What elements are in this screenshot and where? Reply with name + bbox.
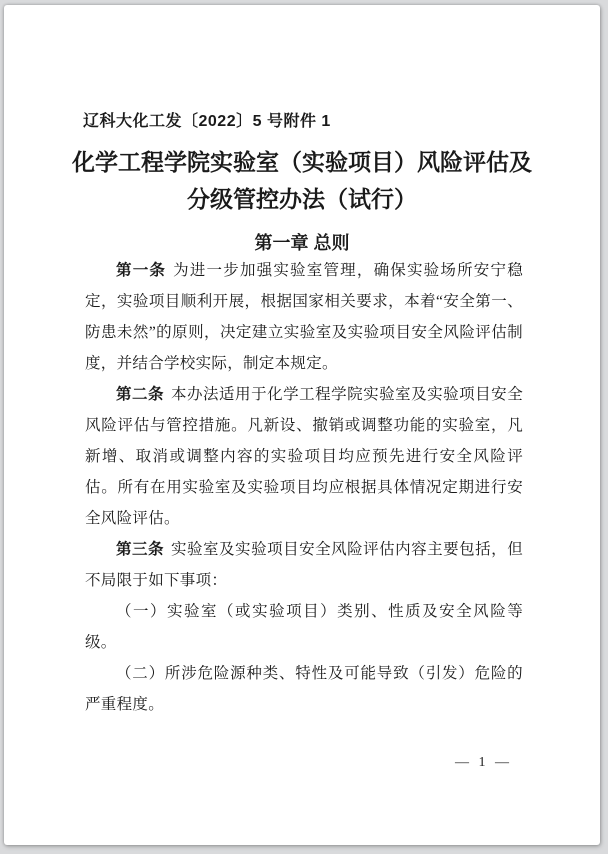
page-number: — 1 — xyxy=(455,754,512,772)
article-3-label: 第三条 xyxy=(116,541,164,558)
article-1-label: 第一条 xyxy=(116,262,166,279)
article-2: 第二条本办法适用于化学工程学院实验室及实验项目安全风险评估与管控措施。凡新设、撤… xyxy=(85,379,523,534)
article-2-label: 第二条 xyxy=(116,386,164,403)
article-3: 第三条实验室及实验项目安全风险评估内容主要包括，但不局限于如下事项： xyxy=(85,534,523,596)
doc-title-line2: 分级管控办法（试行） xyxy=(4,181,600,218)
article-1: 第一条为进一步加强实验室管理，确保实验场所安宁稳定，实验项目顺利开展，根据国家相… xyxy=(85,255,523,379)
doc-title: 化学工程学院实验室（实验项目）风险评估及 分级管控办法（试行） xyxy=(4,144,600,218)
list-item-2: （二）所涉危险源种类、特性及可能导致（引发）危险的严重程度。 xyxy=(85,658,523,720)
article-2-text: 本办法适用于化学工程学院实验室及实验项目安全风险评估与管控措施。凡新设、撤销或调… xyxy=(85,386,523,527)
document-page: 辽科大化工发〔2022〕5 号附件 1 化学工程学院实验室（实验项目）风险评估及… xyxy=(4,5,600,845)
viewer-background: { "page": { "background_color": "#d9dadc… xyxy=(0,0,608,854)
doc-title-line1: 化学工程学院实验室（实验项目）风险评估及 xyxy=(4,144,600,181)
doc-number: 辽科大化工发〔2022〕5 号附件 1 xyxy=(83,111,331,133)
document-body: 第一条为进一步加强实验室管理，确保实验场所安宁稳定，实验项目顺利开展，根据国家相… xyxy=(85,255,523,720)
list-item-1: （一）实验室（或实验项目）类别、性质及安全风险等级。 xyxy=(85,596,523,658)
